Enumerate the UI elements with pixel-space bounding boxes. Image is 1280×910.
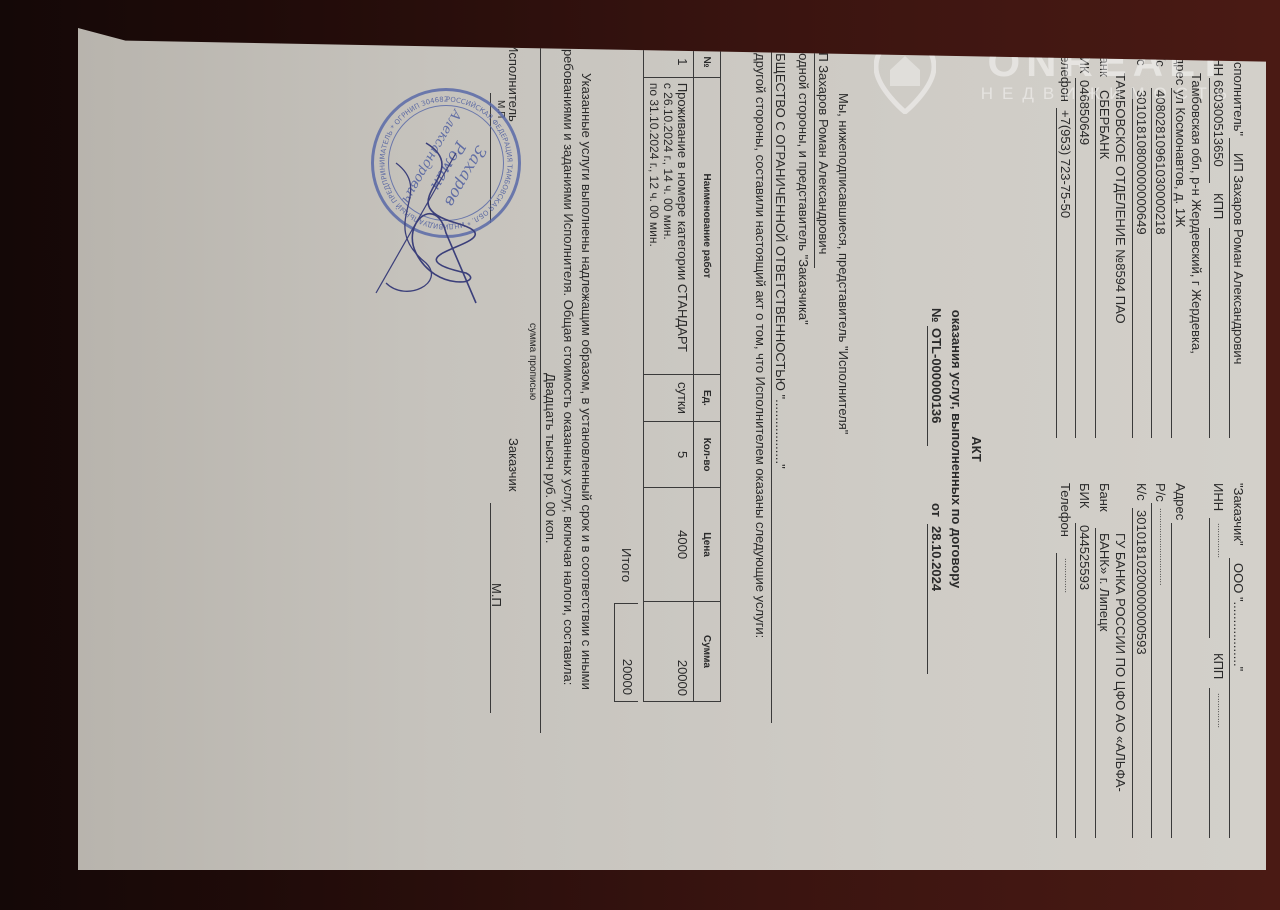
total-value: 20000 (614, 603, 638, 702)
customer-name-underline (1229, 558, 1230, 838)
executor-name: ИП Захаров Роман Александрович (1231, 153, 1246, 364)
executor-inn-underline (1209, 78, 1210, 183)
executor-bank-underline (1095, 88, 1096, 438)
customer-mp: М.П (489, 583, 504, 607)
customer-rs-underline (1151, 503, 1152, 838)
customer-address-label: Адрес (1173, 483, 1188, 520)
executor-rs-label: Р/с (1153, 48, 1168, 67)
row-sum: 20000 (644, 601, 694, 701)
customer-sign-label: Заказчик (506, 438, 521, 491)
executor-phone-underline (1056, 108, 1057, 438)
executor-phone: +7(953) 723-75-50 (1058, 110, 1073, 218)
customer-name: ООО ".................." (1231, 563, 1246, 671)
act-heading: АКТ (969, 28, 984, 870)
customer-bank-line1: ГУ БАНКА РОССИИ ПО ЦФО АО «АЛЬФА- (1113, 533, 1128, 792)
row-num: 1 (644, 47, 694, 78)
customer-rs: ............................... (1158, 508, 1168, 586)
preamble-executor-name: ИП Захаров Роман Александрович (816, 43, 831, 254)
executor-bank-line2: СБЕРБАНК (1097, 90, 1112, 159)
executor-address-underline (1171, 88, 1172, 438)
total-label: Итого (619, 548, 634, 582)
amount-in-words: Двадцать тысяч руб. 00 коп. (543, 373, 558, 544)
executor-rs-underline (1151, 88, 1152, 438)
customer-bik: 044525593 (1077, 525, 1092, 590)
executor-ks-underline (1132, 88, 1133, 438)
executor-name-underline (1229, 138, 1230, 438)
executor-kpp-label: КПП (1211, 193, 1226, 219)
row-name-line2: с 26.10.2024 г., 14 ч. 00 мин. (661, 83, 675, 369)
customer-bik-underline (1075, 523, 1076, 838)
row-name: Проживание в номере категории СТАНДАРТ с… (644, 77, 694, 374)
row-unit: сутки (644, 374, 694, 421)
executor-label: "Исполнитель" (1231, 48, 1246, 136)
conclusion-line1: Указанные услуги выполнены надлежащим об… (579, 73, 594, 690)
row-price: 4000 (644, 488, 694, 602)
act-document: "Исполнитель" ИП Захаров Роман Александр… (78, 28, 1266, 870)
executor-ks: 30101810800000000649 (1134, 90, 1149, 235)
customer-ks-label: К/с (1134, 483, 1149, 501)
house-pin-icon (874, 36, 936, 114)
executor-bik: 046850649 (1077, 80, 1092, 145)
customer-bank-line2: БАНК» г. Липецк (1097, 533, 1112, 631)
executor-bik-label: БИК (1077, 48, 1092, 73)
executor-phone-label: Телефон (1058, 48, 1073, 102)
customer-address-underline (1171, 523, 1172, 838)
preamble-customer-underline (771, 43, 772, 723)
executor-address-line1: Тамбовская обл, р-н Жердевский, г Жердев… (1189, 73, 1204, 354)
customer-phone: .............. (1063, 558, 1073, 593)
preamble-executor-underline (814, 43, 815, 268)
customer-kpp-label: КПП (1211, 653, 1226, 679)
preamble-line3: с другой стороны, составили настоящий ак… (753, 43, 768, 638)
executor-bik-underline (1075, 78, 1076, 438)
customer-bank-underline (1095, 528, 1096, 838)
executor-kpp-underline (1209, 228, 1210, 438)
act-date-underline (927, 524, 928, 674)
row-qty: 5 (644, 421, 694, 487)
customer-kpp: .............. (1216, 693, 1226, 728)
customer-phone-underline (1056, 553, 1057, 838)
executor-bank-label: Банк (1097, 48, 1112, 77)
row-name-line1: Проживание в номере категории СТАНДАРТ (675, 83, 690, 369)
executor-bank-line1: ТАМБОВСКОЕ ОТДЕЛЕНИЕ №8594 ПАО (1113, 73, 1128, 324)
act-number-underline (927, 326, 928, 446)
executor-ks-label: К/с (1134, 48, 1149, 66)
customer-phone-label: Телефон (1058, 483, 1073, 537)
works-table: № Наименование работ Ед. Кол-во Цена Сум… (643, 46, 721, 702)
customer-ks: 30101810200000000593 (1134, 510, 1149, 655)
amount-in-words-underline (540, 43, 541, 733)
customer-inn: .............. (1216, 523, 1226, 558)
conclusion-line2: требованиями и заданиями Исполнителя. Об… (561, 43, 576, 685)
works-table-header: № Наименование работ Ед. Кол-во Цена Сум… (694, 47, 721, 702)
preamble-line1: Мы, нижеподписавшиеся, представитель "Ис… (836, 93, 851, 434)
col-header-qty: Кол-во (694, 421, 721, 487)
preamble-line2: с одной стороны, и представитель "Заказч… (796, 43, 811, 325)
preamble-customer-name: ОБЩЕСТВО С ОГРАНИЧЕННОЙ ОТВЕТСТВЕННОСТЬЮ… (773, 43, 788, 469)
customer-label: "Заказчик" (1231, 483, 1246, 546)
executor-rs: 40802810961030000218 (1153, 90, 1168, 235)
customer-inn-label: ИНН (1211, 483, 1226, 511)
executor-address-line2: ул Космонавтов, д. 1Ж (1173, 90, 1188, 227)
customer-kpp-underline (1209, 688, 1210, 838)
table-row: 1 Проживание в номере категории СТАНДАРТ… (644, 47, 694, 702)
customer-ks-underline (1132, 508, 1133, 838)
col-header-sum: Сумма (694, 601, 721, 701)
col-header-num: № (694, 47, 721, 78)
customer-bank-label: Банк (1097, 483, 1112, 512)
col-header-unit: Ед. (694, 374, 721, 421)
col-header-price: Цена (694, 488, 721, 602)
act-number: OTL-000000136 (929, 328, 944, 423)
executor-address-label: Адрес (1173, 48, 1188, 85)
document-paper: "Исполнитель" ИП Захаров Роман Александр… (78, 28, 1266, 870)
act-subheading: оказания услуг, выполненных по договору (949, 28, 964, 870)
customer-inn-underline (1209, 518, 1210, 638)
act-date-label: от (929, 503, 944, 517)
amount-caption: сумма прописью (527, 323, 538, 400)
executor-signature (356, 133, 496, 313)
customer-sign-line (490, 503, 491, 713)
executor-inn-label: ИНН (1211, 48, 1226, 76)
act-number-label: № (929, 308, 944, 323)
customer-rs-label: Р/с (1153, 483, 1168, 502)
customer-bik-label: БИК (1077, 483, 1092, 508)
row-name-line3: по 31.10.2024 г., 12 ч. 00 мин. (647, 83, 661, 369)
executor-inn: 680300513650 (1211, 80, 1226, 167)
col-header-name: Наименование работ (694, 77, 721, 374)
act-date: 28.10.2024 (929, 526, 944, 591)
